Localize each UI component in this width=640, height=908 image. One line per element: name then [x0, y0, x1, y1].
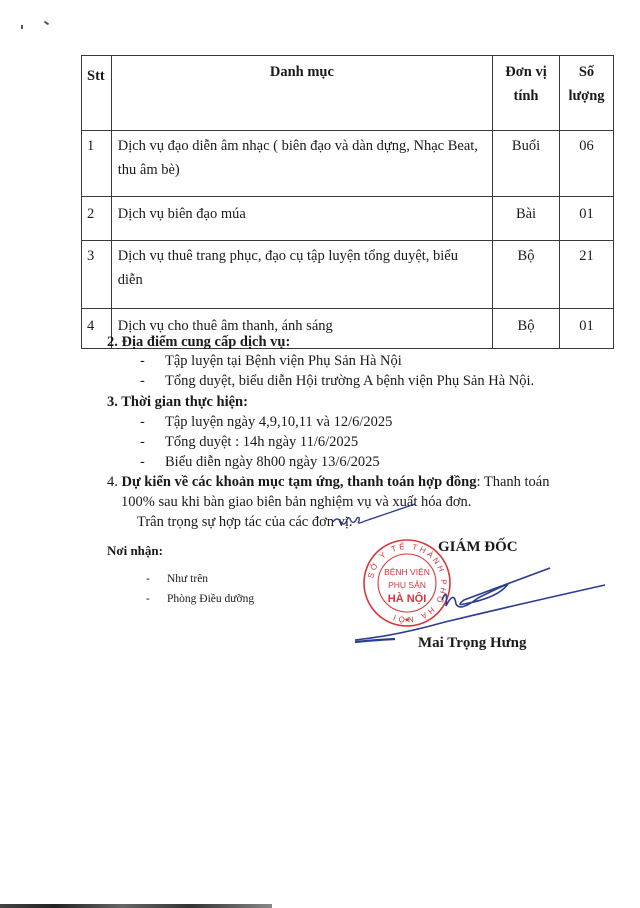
bullet-dash: - [140, 412, 165, 433]
schedule-item-3: Biểu diễn ngày 8h00 ngày 13/6/2025 [165, 454, 380, 470]
list-item: -Tập luyện tại Bệnh viện Phụ Sản Hà Nội [140, 351, 402, 372]
bullet-dash: - [146, 593, 167, 605]
signature-title: GIÁM ĐỐC [438, 539, 518, 556]
schedule-item-1: Tập luyện ngày 4,9,10,11 và 12/6/2025 [165, 414, 392, 430]
table-header-row: Stt Danh mục Đơn vị tính Số lượng [82, 56, 614, 131]
recipient-item: -Như trên [146, 573, 208, 585]
initials-scribble-icon [330, 500, 420, 530]
cell-stt: 2 [82, 197, 112, 241]
cell-unit: Bài [493, 197, 560, 241]
list-item: -Tổng duyệt, biểu diễn Hội trường A bệnh… [140, 371, 534, 392]
scan-speck [44, 21, 49, 26]
section-payment: 4. Dự kiến về các khoản mục tạm ứng, tha… [107, 472, 550, 493]
bullet-dash: - [146, 573, 167, 585]
cell-qty: 21 [559, 241, 613, 309]
list-item: -Tổng duyệt : 14h ngày 11/6/2025 [140, 432, 358, 453]
section-schedule-title: 3. Thời gian thực hiện: [107, 392, 248, 413]
cell-unit: Buổi [493, 131, 560, 197]
recipient-item: -Phòng Điều dưỡng [146, 593, 254, 605]
signatory-name: Mai Trọng Hưng [418, 635, 526, 652]
closing-text: Trân trọng sự hợp tác của các đơn vị. [137, 512, 353, 533]
header-name: Danh mục [111, 56, 492, 131]
header-unit: Đơn vị tính [493, 56, 560, 131]
list-item: -Tập luyện ngày 4,9,10,11 và 12/6/2025 [140, 412, 392, 433]
cell-stt: 1 [82, 131, 112, 197]
section-payment-text: : Thanh toán [476, 474, 549, 490]
scan-speck [21, 25, 23, 29]
table-row: 3 Dịch vụ thuê trang phục, đạo cụ tập lu… [82, 241, 614, 309]
cell-qty: 01 [559, 309, 613, 349]
scan-edge [0, 904, 272, 908]
cell-name: Dịch vụ biên đạo múa [111, 197, 492, 241]
cell-qty: 01 [559, 197, 613, 241]
cell-qty: 06 [559, 131, 613, 197]
bullet-dash: - [140, 371, 165, 392]
bullet-dash: - [140, 452, 165, 473]
location-item-2: Tổng duyệt, biểu diễn Hội trường A bệnh … [165, 373, 534, 389]
recipient-1: Như trên [167, 573, 208, 585]
cell-stt: 3 [82, 241, 112, 309]
recipients-title: Nơi nhận: [107, 543, 163, 559]
location-item-1: Tập luyện tại Bệnh viện Phụ Sản Hà Nội [165, 353, 402, 369]
services-table: Stt Danh mục Đơn vị tính Số lượng 1 Dịch… [81, 55, 614, 349]
section-payment-title: Dự kiến về các khoản mục tạm ứng, thanh … [122, 474, 477, 490]
cell-name: Dịch vụ đạo diễn âm nhạc ( biên đạo và d… [111, 131, 492, 197]
cell-unit: Bộ [493, 309, 560, 349]
section-payment-number: 4. [107, 474, 118, 490]
header-qty: Số lượng [559, 56, 613, 131]
bullet-dash: - [140, 351, 165, 372]
cell-unit: Bộ [493, 241, 560, 309]
table-row: 1 Dịch vụ đạo diễn âm nhạc ( biên đạo và… [82, 131, 614, 197]
cell-name: Dịch vụ thuê trang phục, đạo cụ tập luyệ… [111, 241, 492, 309]
list-item: -Biểu diễn ngày 8h00 ngày 13/6/2025 [140, 452, 380, 473]
section-location-title: 2. Địa điểm cung cấp dịch vụ: [107, 332, 290, 353]
schedule-item-2: Tổng duyệt : 14h ngày 11/6/2025 [165, 434, 358, 450]
table-row: 2 Dịch vụ biên đạo múa Bài 01 [82, 197, 614, 241]
recipient-2: Phòng Điều dưỡng [167, 593, 254, 605]
bullet-dash: - [140, 432, 165, 453]
header-stt: Stt [82, 56, 112, 131]
